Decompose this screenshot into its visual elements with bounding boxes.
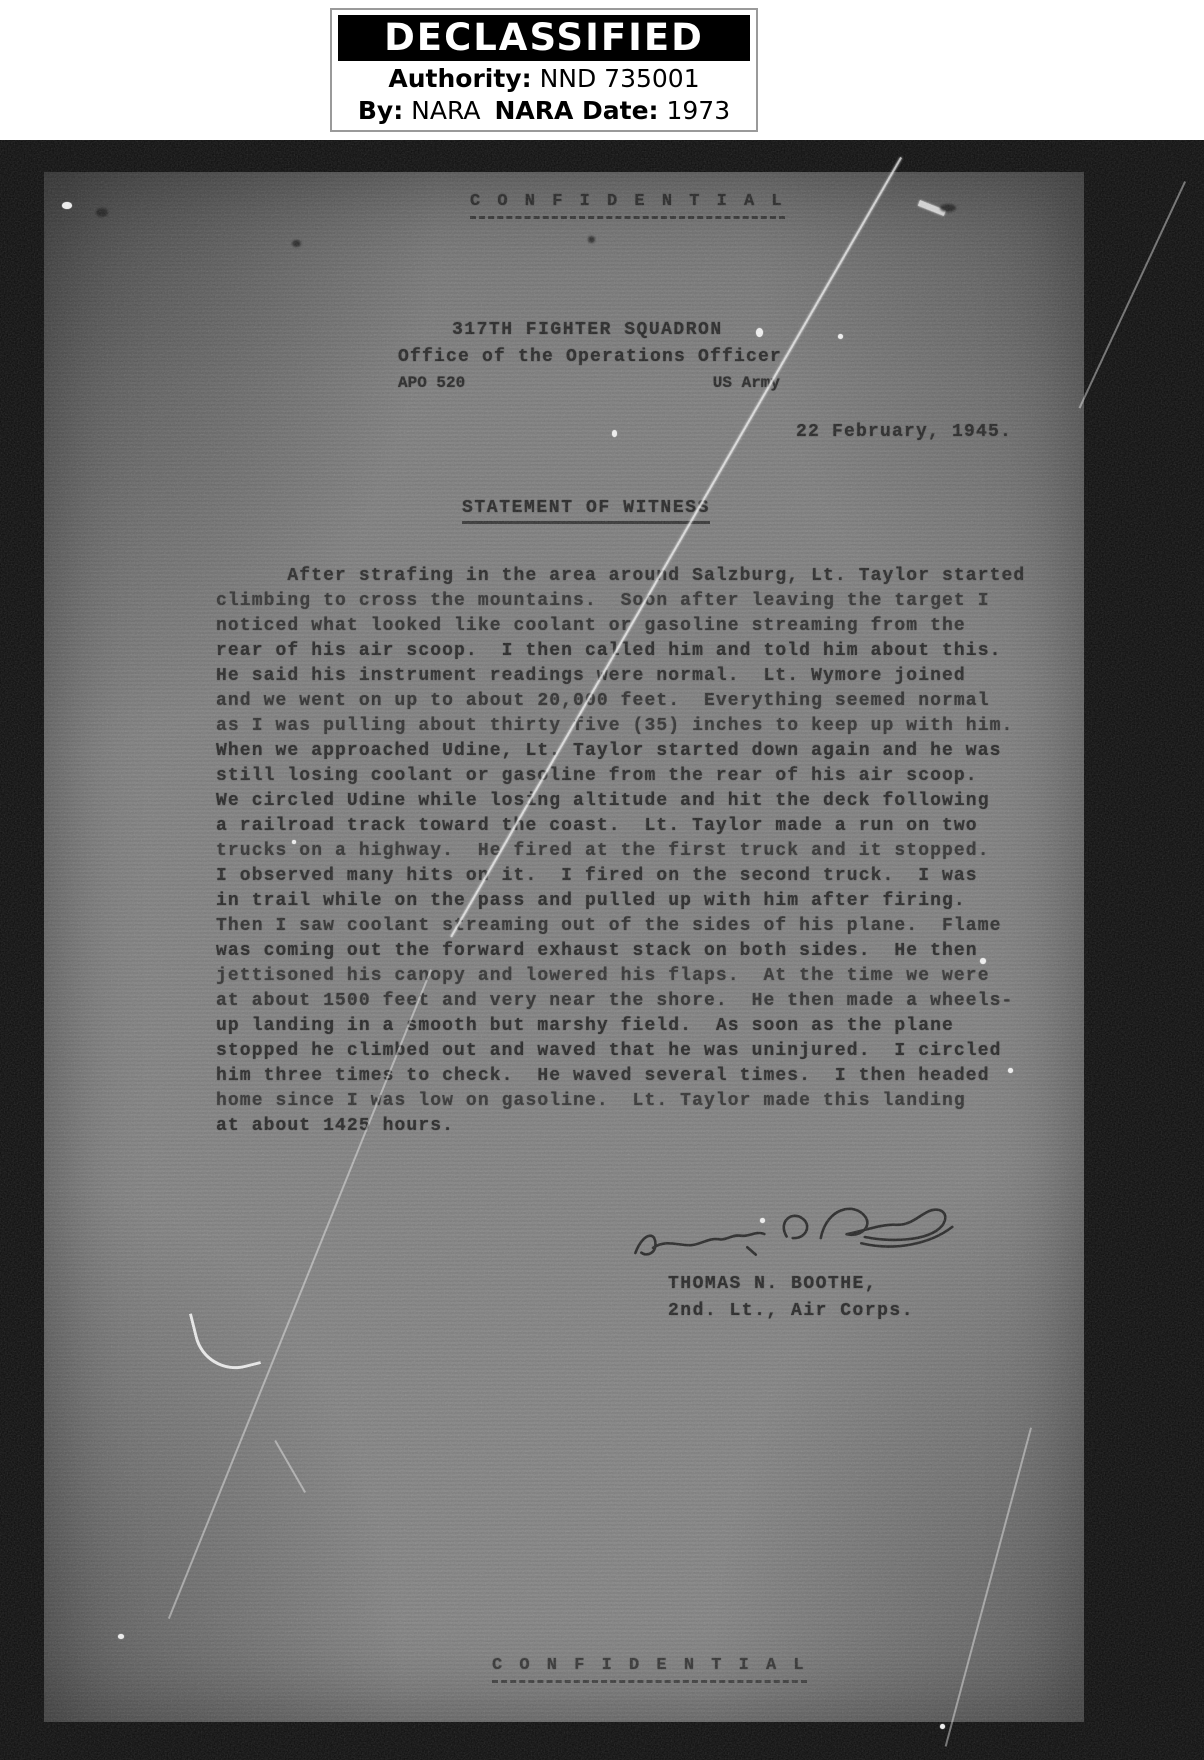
letterhead-apo: APO 520: [398, 374, 465, 392]
body-line: him three times to check. He waved sever…: [216, 1064, 1096, 1089]
body-line: in trail while on the pass and pulled up…: [216, 889, 1096, 914]
body-line: and we went on up to about 20,000 feet. …: [216, 689, 1096, 714]
statement-body: After strafing in the area around Salzbu…: [216, 564, 1096, 1139]
declassified-authority-line: Authority: NND 735001: [332, 63, 756, 95]
body-line: rear of his air scoop. I then called him…: [216, 639, 1096, 664]
body-line: jettisoned his canopy and lowered his fl…: [216, 964, 1096, 989]
declassified-title: DECLASSIFIED: [338, 15, 750, 61]
body-line: When we approached Udine, Lt. Taylor sta…: [216, 739, 1096, 764]
body-line: After strafing in the area around Salzbu…: [216, 564, 1096, 589]
by-label: By:: [358, 96, 403, 125]
body-line: Then I saw coolant streaming out of the …: [216, 914, 1096, 939]
body-line: home since I was low on gasoline. Lt. Ta…: [216, 1089, 1096, 1114]
letterhead-office: Office of the Operations Officer: [398, 347, 782, 367]
body-line: at about 1425 hours.: [216, 1114, 1096, 1139]
body-line: as I was pulling about thirty five (35) …: [216, 714, 1096, 739]
classification-bottom: C O N F I D E N T I A L: [492, 1656, 807, 1683]
nara-date-label: NARA Date:: [494, 96, 658, 125]
body-line: stopped he climbed out and waved that he…: [216, 1039, 1096, 1064]
document-date: 22 February, 1945.: [796, 422, 1012, 442]
declassified-by-line: By: NARANARA Date: 1973: [332, 95, 756, 127]
authority-value: NND 735001: [540, 64, 700, 93]
body-line: I observed many hits on it. I fired on t…: [216, 864, 1096, 889]
document-heading: STATEMENT OF WITNESS: [462, 498, 710, 524]
declassified-stamp: DECLASSIFIED Authority: NND 735001 By: N…: [330, 8, 758, 132]
letterhead-army: US Army: [713, 374, 780, 392]
signatory-rank: 2nd. Lt., Air Corps.: [668, 1301, 914, 1321]
document-scan: C O N F I D E N T I A L 317TH FIGHTER SQ…: [0, 140, 1204, 1760]
body-line: noticed what looked like coolant or gaso…: [216, 614, 1096, 639]
body-line: still losing coolant or gasoline from th…: [216, 764, 1096, 789]
classification-top: C O N F I D E N T I A L: [470, 192, 785, 219]
body-line: He said his instrument readings were nor…: [216, 664, 1096, 689]
body-line: up landing in a smooth but marshy field.…: [216, 1014, 1096, 1039]
letterhead-apo-row: APO 520 US Army: [398, 374, 780, 392]
letterhead-unit: 317TH FIGHTER SQUADRON: [452, 320, 723, 340]
signatory-name: THOMAS N. BOOTHE,: [668, 1274, 877, 1294]
body-line: climbing to cross the mountains. Soon af…: [216, 589, 1096, 614]
body-line: trucks on a highway. He fired at the fir…: [216, 839, 1096, 864]
authority-label: Authority:: [388, 64, 531, 93]
body-line: at about 1500 feet and very near the sho…: [216, 989, 1096, 1014]
by-value: NARA: [411, 96, 480, 125]
body-line: was coming out the forward exhaust stack…: [216, 939, 1096, 964]
body-line: a railroad track toward the coast. Lt. T…: [216, 814, 1096, 839]
body-line: We circled Udine while losing altitude a…: [216, 789, 1096, 814]
screenshot-root: DECLASSIFIED Authority: NND 735001 By: N…: [0, 0, 1204, 1760]
nara-date-value: 1973: [667, 96, 731, 125]
